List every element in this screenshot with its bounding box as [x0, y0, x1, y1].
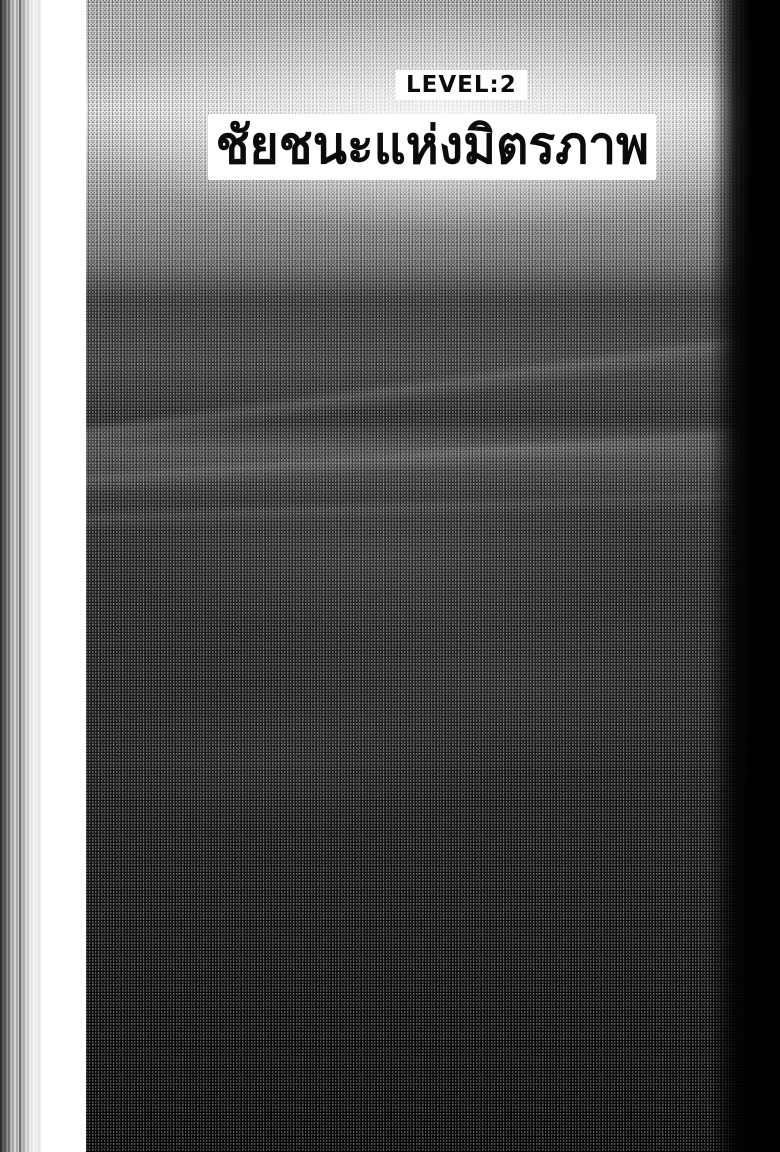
dark-page-edge — [710, 0, 780, 1152]
manga-chapter-page: LEVEL:2 ชัยชนะแห่งมิตรภาพ — [0, 0, 780, 1152]
scanned-binding-edge — [0, 0, 42, 1152]
chapter-heading: LEVEL:2 ชัยชนะแห่งมิตรภาพ — [208, 60, 720, 180]
level-label: LEVEL:2 — [396, 70, 527, 100]
chapter-title: ชัยชนะแห่งมิตรภาพ — [208, 114, 657, 180]
page-margin — [42, 0, 86, 1152]
